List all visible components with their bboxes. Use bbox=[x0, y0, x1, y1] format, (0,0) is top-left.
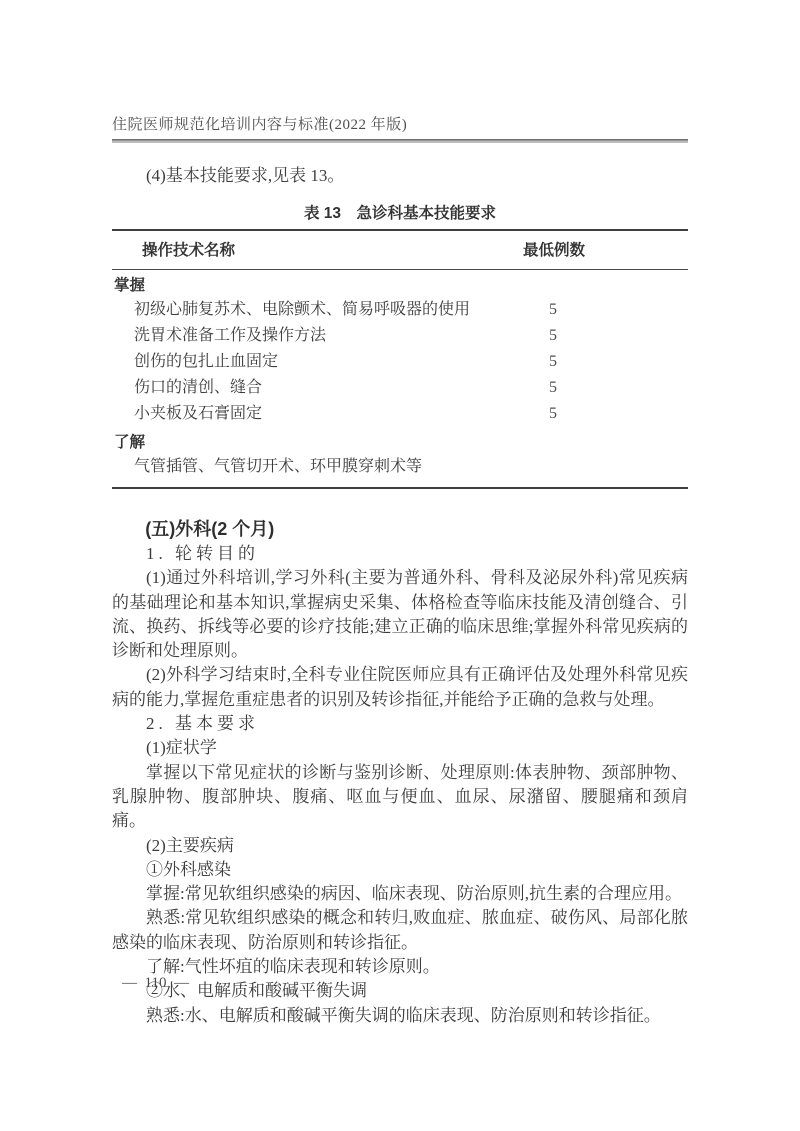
body-paragraph: (2)外科学习结束时,全科专业住院医师应具有正确评估及处理外科常见疾病的能力,掌… bbox=[112, 663, 688, 712]
body-paragraph: 了解:气性坏疽的临床表现和转诊原则。 bbox=[112, 955, 688, 979]
table-group-label-understand: 了解 bbox=[112, 427, 688, 454]
table-row: 伤口的清创、缝合 5 bbox=[112, 375, 688, 401]
body-paragraph: 掌握:常见软组织感染的病因、临床表现、防治原则,抗生素的合理应用。 bbox=[112, 882, 688, 906]
table-bottom-spacer bbox=[112, 480, 688, 487]
header-rule bbox=[112, 139, 688, 143]
min-cases-value: 5 bbox=[523, 401, 688, 427]
body-paragraph: (1)通过外科培训,学习外科(主要为普通外科、骨科及泌尿外科)常见疾病的基础理论… bbox=[112, 566, 688, 663]
table-row: 气管插管、气管切开术、环甲膜穿刺术等 bbox=[112, 454, 688, 480]
table-header-row: 操作技术名称 最低例数 bbox=[112, 231, 688, 270]
procedure-name: 初级心肺复苏术、电除颤术、简易呼吸器的使用 bbox=[112, 297, 523, 323]
intro-paragraph: (4)基本技能要求,见表 13。 bbox=[112, 165, 688, 187]
procedure-name: 洗胃术准备工作及操作方法 bbox=[112, 323, 523, 349]
table-caption: 表 13急诊科基本技能要求 bbox=[112, 204, 688, 224]
body-paragraph: 掌握以下常见症状的诊断与鉴别诊断、处理原则:体表肿物、颈部肿物、乳腺肿物、腹部肿… bbox=[112, 761, 688, 834]
min-cases-value: 5 bbox=[523, 297, 688, 323]
table-group-label-master: 掌握 bbox=[112, 270, 688, 297]
section-surgery: (五)外科(2 个月) 1. 轮转目的 (1)通过外科培训,学习外科(主要为普通… bbox=[112, 516, 688, 1028]
page-content: 住院医师规范化培训内容与标准(2022 年版) (4)基本技能要求,见表 13。… bbox=[112, 0, 688, 1028]
running-header: 住院医师规范化培训内容与标准(2022 年版) bbox=[112, 0, 688, 143]
table-caption-title: 急诊科基本技能要求 bbox=[357, 205, 497, 222]
subsection-basic-requirements: 2. 基本要求 bbox=[112, 712, 688, 736]
table-caption-label: 表 13 bbox=[304, 205, 341, 222]
procedure-name: 小夹板及石膏固定 bbox=[112, 401, 523, 427]
body-paragraph: (2)主要疾病 bbox=[112, 834, 688, 858]
body-paragraph: (1)症状学 bbox=[112, 736, 688, 760]
procedure-name: 创伤的包扎止血固定 bbox=[112, 349, 523, 375]
table-row: 洗胃术准备工作及操作方法 5 bbox=[112, 323, 688, 349]
min-cases-value: 5 bbox=[523, 375, 688, 401]
body-paragraph: ②水、电解质和酸碱平衡失调 bbox=[112, 979, 688, 1003]
table-row: 初级心肺复苏术、电除颤术、简易呼吸器的使用 5 bbox=[112, 297, 688, 323]
skills-table: 操作技术名称 最低例数 掌握 初级心肺复苏术、电除颤术、简易呼吸器的使用 5 洗… bbox=[112, 229, 688, 489]
document-page: { "page": { "header": "住院医师规范化培训内容与标准(20… bbox=[0, 0, 800, 1131]
body-paragraph: 熟悉:常见软组织感染的概念和转归,败血症、脓血症、破伤风、局部化脓感染的临床表现… bbox=[112, 906, 688, 955]
body-paragraph: ①外科感染 bbox=[112, 858, 688, 882]
section-heading: (五)外科(2 个月) bbox=[112, 516, 688, 542]
table-row: 创伤的包扎止血固定 5 bbox=[112, 349, 688, 375]
min-cases-value: 5 bbox=[523, 349, 688, 375]
column-header-procedure: 操作技术名称 bbox=[112, 238, 523, 260]
min-cases-value: 5 bbox=[523, 323, 688, 349]
procedure-name: 气管插管、气管切开术、环甲膜穿刺术等 bbox=[112, 454, 523, 480]
procedure-name: 伤口的清创、缝合 bbox=[112, 375, 523, 401]
table-row: 小夹板及石膏固定 5 bbox=[112, 401, 688, 427]
subsection-rotation-purpose: 1. 轮转目的 bbox=[112, 542, 688, 566]
running-header-title: 住院医师规范化培训内容与标准(2022 年版) bbox=[112, 117, 688, 133]
column-header-min-cases: 最低例数 bbox=[523, 238, 688, 260]
page-number: — 110 — bbox=[122, 974, 189, 992]
body-paragraph: 熟悉:水、电解质和酸碱平衡失调的临床表现、防治原则和转诊指征。 bbox=[112, 1004, 688, 1028]
